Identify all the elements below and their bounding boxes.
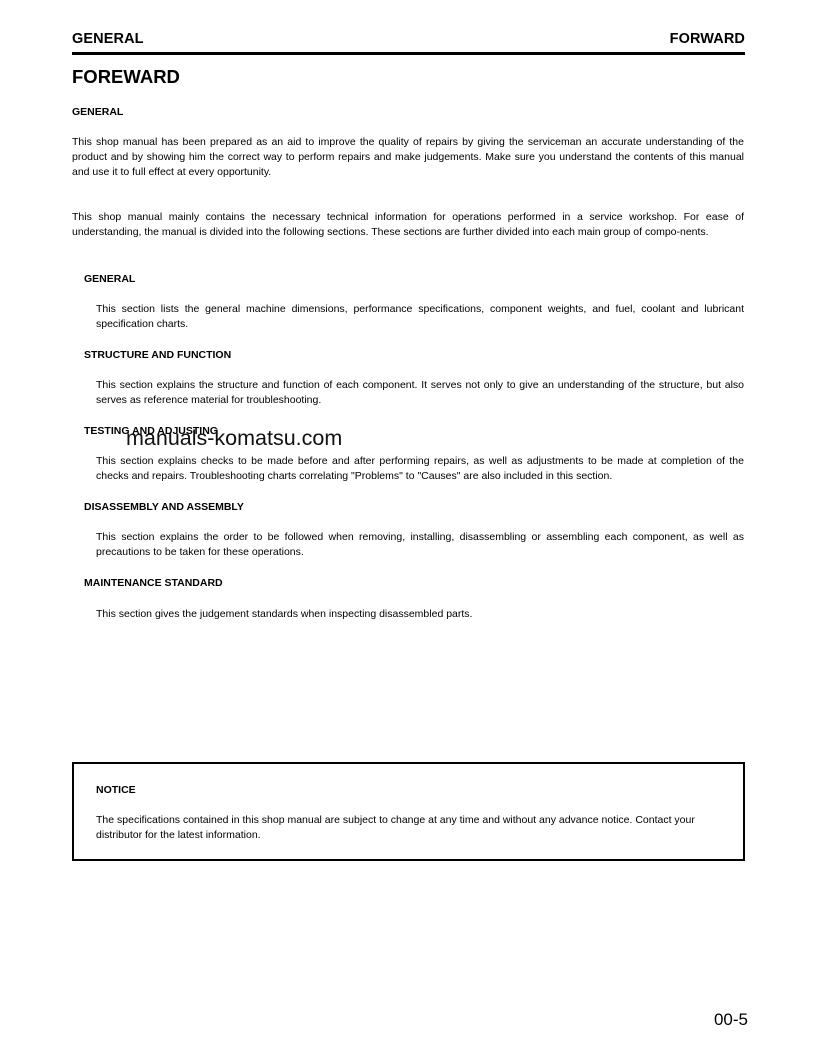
section-heading-general: GENERAL <box>84 273 135 285</box>
page-number: 00-5 <box>714 1010 748 1030</box>
section-text-disassembly-and-assembly: This section explains the order to be fo… <box>96 530 744 560</box>
general-heading: GENERAL <box>72 106 123 118</box>
section-text-general: This section lists the general machine d… <box>96 302 744 332</box>
intro-paragraph-1: This shop manual has been prepared as an… <box>72 135 744 181</box>
page-header: GENERAL FORWARD <box>72 30 745 55</box>
notice-title: NOTICE <box>96 784 136 796</box>
section-heading-maintenance-standard: MAINTENANCE STANDARD <box>84 577 223 589</box>
watermark: manuals-komatsu.com <box>126 426 342 451</box>
section-heading-disassembly-and-assembly: DISASSEMBLY AND ASSEMBLY <box>84 501 244 513</box>
section-heading-structure-and-function: STRUCTURE AND FUNCTION <box>84 349 231 361</box>
notice-box: NOTICE The specifications contained in t… <box>72 762 745 861</box>
page-title: FOREWARD <box>72 66 180 88</box>
notice-text: The specifications contained in this sho… <box>96 813 724 843</box>
header-chapter-label: FORWARD <box>670 30 745 48</box>
section-text-testing-and-adjusting: This section explains checks to be made … <box>96 454 744 484</box>
section-text-structure-and-function: This section explains the structure and … <box>96 378 744 408</box>
intro-paragraph-2: This shop manual mainly contains the nec… <box>72 210 744 240</box>
section-text-maintenance-standard: This section gives the judgement standar… <box>96 607 744 622</box>
header-section-label: GENERAL <box>72 30 144 48</box>
